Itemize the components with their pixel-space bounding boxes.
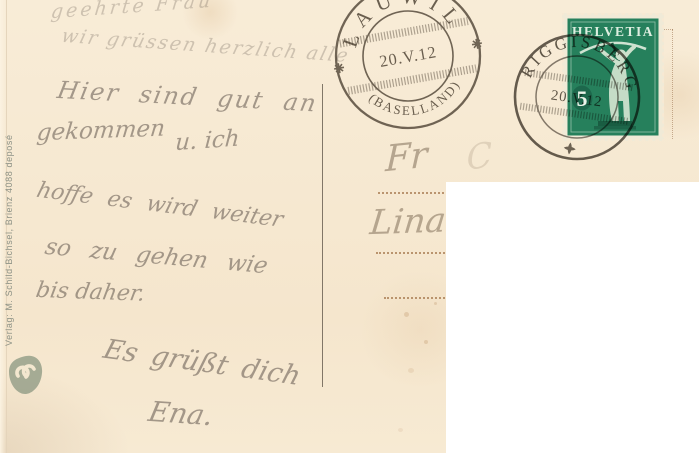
message-line: hoffe es wird weiter xyxy=(34,180,285,232)
age-spot xyxy=(408,368,414,373)
publisher-imprint: Verlag: M. Schild-Bichsel, Brienz 4088 d… xyxy=(4,134,14,346)
message-line: gekommen xyxy=(36,118,167,146)
stamp-box-outline xyxy=(663,29,673,30)
address-fragment: Lina xyxy=(368,203,447,240)
age-spot xyxy=(398,428,403,432)
age-spot xyxy=(424,340,428,344)
riggisberg-postmark-icon: RIGGISBERG 20.V.12 xyxy=(492,12,661,181)
message-line: Hier sind gut an xyxy=(55,78,319,115)
address-fragment: C xyxy=(466,137,493,176)
postmark-date: 20.V.12 xyxy=(378,42,438,71)
postmark-ornament-right xyxy=(471,38,483,50)
publisher-logo-icon xyxy=(8,354,44,396)
age-spot xyxy=(404,312,409,317)
svg-text:LAUWIL: LAUWIL xyxy=(329,0,471,54)
postmark-bar-bottom xyxy=(520,106,629,121)
age-spot xyxy=(434,302,437,305)
message-line: u. ich xyxy=(174,128,240,156)
message-line: wir grüssen herzlich alle xyxy=(59,27,351,66)
postmark-date: 20.V.12 xyxy=(550,87,604,110)
message-line: Es grüßt dich xyxy=(100,336,303,390)
redaction-box xyxy=(446,182,699,453)
message-signature: Ena. xyxy=(146,398,216,430)
postmark-ornament-bottom xyxy=(563,142,577,156)
postcard-back: Verlag: M. Schild-Bichsel, Brienz 4088 d… xyxy=(0,0,699,453)
postmark-town: LAUWIL xyxy=(329,0,471,54)
stamp-box-outline xyxy=(672,29,673,139)
message-line: geehrte Frau xyxy=(50,0,214,22)
message-line: so zu gehen wie xyxy=(43,236,270,278)
postmark-ornament-left xyxy=(333,62,345,74)
message-line: bis daher. xyxy=(34,280,147,306)
address-divider-line xyxy=(322,84,323,387)
